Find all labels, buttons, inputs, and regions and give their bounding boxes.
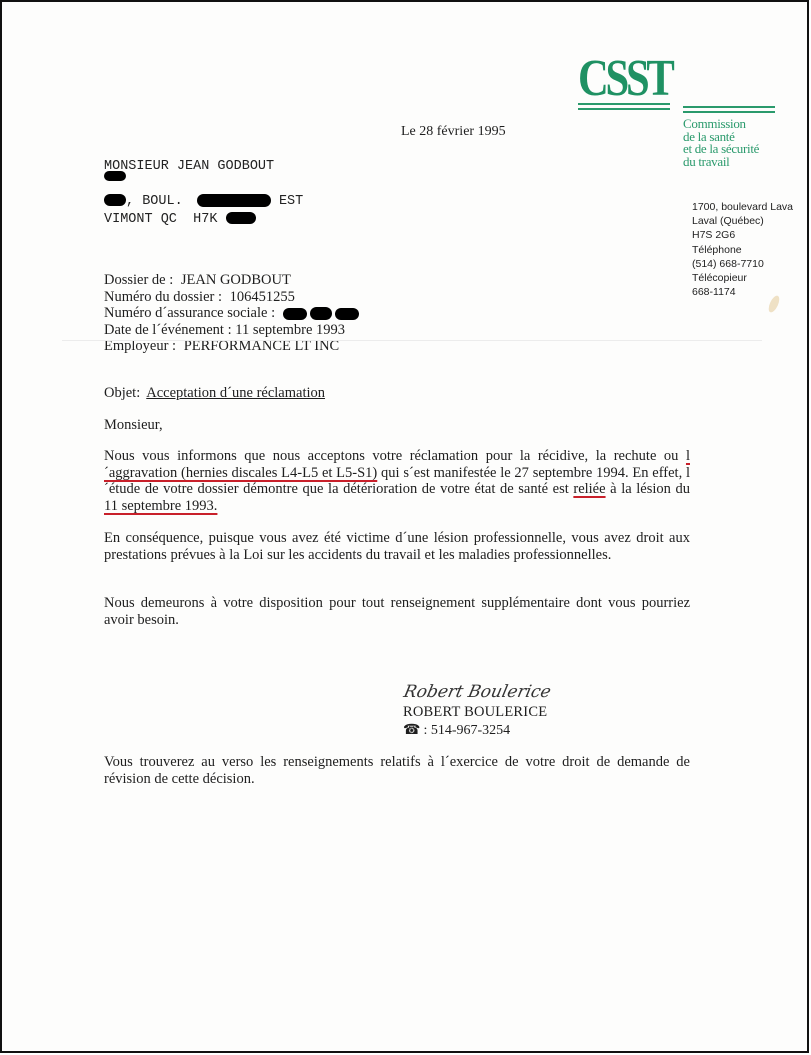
recipient-city: VIMONT QC H7K <box>104 211 303 229</box>
dossier-value: 11 septembre 1993 <box>235 322 345 338</box>
salutation: Monsieur, <box>104 417 163 434</box>
logo-rule <box>578 108 670 110</box>
address-line: (514) 668-7710 <box>692 257 793 271</box>
redaction-mark <box>104 171 126 181</box>
street-prefix: , BOUL. <box>126 194 183 209</box>
dossier-label: Date de l´événement : <box>104 322 232 338</box>
redaction-mark <box>197 194 271 207</box>
text-run: Nous vous informons que nous acceptons v… <box>104 448 686 464</box>
phone-number: : 514-967-3254 <box>423 723 510 738</box>
org-rule <box>683 111 775 113</box>
recipient-name: MONSIEUR JEAN GODBOUT <box>104 158 303 176</box>
organization-address: 1700, boulevard Lava Laval (Québec) H7S … <box>692 200 793 299</box>
redaction-mark <box>283 308 307 320</box>
subject-label: Objet: <box>104 385 140 401</box>
recipient-address: MONSIEUR JEAN GODBOUT , BOUL. EST VIMONT… <box>104 158 303 228</box>
letter-page: CSST Commission de la santé et de la séc… <box>0 0 809 1053</box>
paragraph-disposition: Nous demeurons à votre disposition pour … <box>104 595 690 628</box>
paragraph-review-rights: Vous trouverez au verso les renseignemen… <box>104 754 690 787</box>
subject-line: Objet:Acceptation d´une réclamation <box>104 385 325 402</box>
dossier-value: JEAN GODBOUT <box>181 272 291 288</box>
dossier-value: 106451255 <box>230 289 295 305</box>
paragraph-acceptance: Nous vous informons que nous acceptons v… <box>104 448 690 515</box>
paragraph-consequence: En conséquence, puisque vous avez été vi… <box>104 530 690 563</box>
dossier-row: Numéro du dossier : 106451255 <box>104 289 359 306</box>
street-suffix: EST <box>279 194 303 209</box>
telephone-icon: ☎ <box>403 723 420 738</box>
dossier-label: Dossier de : <box>104 272 173 288</box>
dossier-row: Numéro d´assurance sociale : <box>104 305 359 322</box>
highlighted-date: 11 septembre 1993. <box>104 498 217 514</box>
org-line: du travail <box>683 156 759 169</box>
letter-date: Le 28 février 1995 <box>401 124 506 140</box>
highlighted-reliee: reliée <box>573 481 605 497</box>
address-line: Laval (Québec) <box>692 214 793 228</box>
handwritten-signature: Robert Boulerice <box>402 682 553 702</box>
address-line: 1700, boulevard Lava <box>692 200 793 214</box>
signer-name: ROBERT BOULERICE <box>403 704 547 721</box>
csst-logo: CSST <box>578 54 655 104</box>
logo-rule <box>578 103 670 105</box>
redaction-mark <box>335 308 359 320</box>
signer-phone: ☎: 514-967-3254 <box>403 722 510 739</box>
dossier-row: Dossier de : JEAN GODBOUT <box>104 272 359 289</box>
organization-name: Commission de la santé et de la sécurité… <box>683 118 759 168</box>
dossier-info: Dossier de : JEAN GODBOUT Numéro du doss… <box>104 272 359 355</box>
paper-fold <box>62 340 762 341</box>
dossier-label: Numéro du dossier : <box>104 289 222 305</box>
org-rule <box>683 106 775 108</box>
subject-value: Acceptation d´une réclamation <box>146 385 325 401</box>
dossier-label: Numéro d´assurance sociale : <box>104 305 275 321</box>
address-line: H7S 2G6 <box>692 228 793 242</box>
recipient-street: , BOUL. EST <box>104 176 303 211</box>
redaction-mark <box>226 212 256 224</box>
redaction-mark <box>310 307 332 320</box>
address-line: Téléphone <box>692 243 793 257</box>
redaction-mark <box>104 194 126 206</box>
text-run: à la lésion du <box>606 481 690 497</box>
address-line: Télécopieur <box>692 271 793 285</box>
city-postal: VIMONT QC H7K <box>104 212 217 227</box>
dossier-row: Date de l´événement : 11 septembre 1993 <box>104 322 359 339</box>
